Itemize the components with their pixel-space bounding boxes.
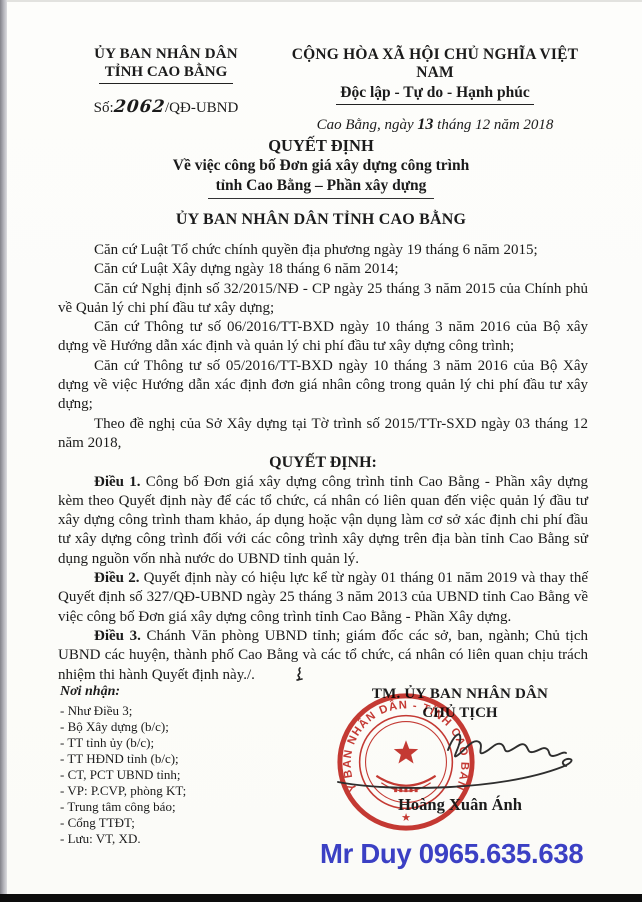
article-3-label: Điều 3.	[94, 628, 141, 644]
watermark-contact: Mr Duy 0965.635.638	[320, 838, 583, 870]
document-title: QUYẾT ĐỊNH Về việc công bố Đơn giá xây d…	[0, 136, 642, 199]
place-date-line: Cao Bằng, ngày 13 tháng 12 năm 2018	[280, 116, 590, 134]
recipient-item: - VP: P.CVP, phòng KT;	[60, 783, 186, 799]
national-title: CỘNG HÒA XÃ HỘI CHỦ NGHĨA VIỆT NAM	[280, 46, 590, 82]
title-type: QUYẾT ĐỊNH	[0, 136, 642, 156]
decision-heading: QUYẾT ĐỊNH:	[58, 453, 588, 472]
date-suffix: tháng 12 năm 2018	[433, 117, 553, 133]
recipient-item: - Trung tâm công báo;	[60, 799, 186, 815]
recipient-item: - Bộ Xây dựng (b/c);	[60, 719, 186, 735]
number-suffix: /QĐ-UBND	[165, 100, 238, 116]
recipient-item: - Như Điều 3;	[60, 703, 186, 719]
recipients-heading: Nơi nhận:	[60, 684, 186, 700]
number-prefix: Số:	[94, 100, 114, 116]
article-3: Điều 3. Chánh Văn phòng UBND tỉnh; giám …	[58, 627, 588, 688]
article-1: Điều 1. Công bố Đơn giá xây dựng công tr…	[58, 473, 588, 569]
recipient-item: - Lưu: VT, XD.	[60, 831, 186, 847]
handwritten-signature	[330, 710, 602, 798]
article-2: Điều 2. Quyết định này có hiệu lực kể từ…	[58, 569, 588, 627]
document-header: ỦY BAN NHÂN DÂN TỈNH CAO BẰNG Số:2062/QĐ…	[52, 46, 590, 134]
header-national-motto: CỘNG HÒA XÃ HỘI CHỦ NGHĨA VIỆT NAM Độc l…	[280, 46, 590, 134]
pen-mark-icon	[257, 667, 306, 688]
document-body: Căn cứ Luật Tổ chức chính quyền địa phươ…	[58, 241, 588, 688]
preamble-paragraph: Căn cứ Thông tư số 06/2016/TT-BXD ngày 1…	[58, 318, 588, 357]
handwritten-number: 2062	[113, 97, 166, 117]
header-issuing-agency: ỦY BAN NHÂN DÂN TỈNH CAO BẰNG Số:2062/QĐ…	[52, 46, 280, 134]
issuer-heading: ỦY BAN NHÂN DÂN TỈNH CAO BẰNG	[0, 211, 642, 229]
national-motto: Độc lập - Tự do - Hạnh phúc	[336, 84, 533, 105]
signer-name: Hoàng Xuân Ánh	[322, 795, 598, 815]
recipient-item: - TT HĐND tỉnh (b/c);	[60, 751, 186, 767]
agency-province: TỈNH CAO BẰNG	[99, 64, 234, 84]
recipients-block: Nơi nhận: - Như Điều 3; - Bộ Xây dựng (b…	[60, 684, 186, 847]
title-subject-2: tỉnh Cao Bằng – Phần xây dựng	[208, 176, 435, 199]
preamble-paragraph: Căn cứ Thông tư số 05/2016/TT-BXD ngày 1…	[58, 357, 588, 415]
recipient-item: - Cổng TTĐT;	[60, 815, 186, 831]
handwritten-day: 13	[417, 116, 433, 133]
preamble-paragraph: Căn cứ Luật Xây dựng ngày 18 tháng 6 năm…	[58, 260, 588, 279]
agency-name: ỦY BAN NHÂN DÂN	[52, 46, 280, 63]
scanned-document-page: ỦY BAN NHÂN DÂN TỈNH CAO BẰNG Số:2062/QĐ…	[0, 0, 642, 902]
title-subject: Về việc công bố Đơn giá xây dựng công tr…	[0, 156, 642, 176]
recipient-item: - TT tỉnh ủy (b/c);	[60, 735, 186, 751]
scan-top-edge	[0, 0, 642, 2]
preamble-paragraph: Căn cứ Nghị định số 32/2015/NĐ - CP ngày…	[58, 280, 588, 319]
preamble-paragraph: Căn cứ Luật Tổ chức chính quyền địa phươ…	[58, 241, 588, 260]
recipient-item: - CT, PCT UBND tỉnh;	[60, 767, 186, 783]
preamble-paragraph: Theo đề nghị của Sở Xây dựng tại Tờ trìn…	[58, 415, 588, 454]
article-2-label: Điều 2.	[94, 570, 139, 586]
document-number-line: Số:2062/QĐ-UBND	[52, 97, 280, 117]
article-1-label: Điều 1.	[94, 474, 141, 490]
scan-bottom-edge	[0, 894, 642, 902]
date-prefix: Cao Bằng, ngày	[317, 117, 418, 133]
